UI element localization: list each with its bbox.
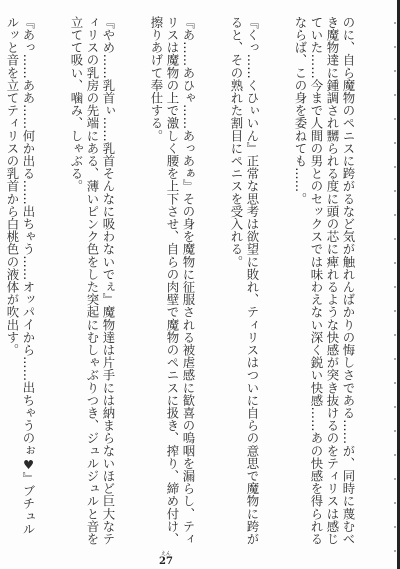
page-number-value: 27 [159,557,173,567]
book-page: のに、自ら魔物のペニスに跨がるなど気が触れんばかりの悔しさである……が、同時に蔑… [0,0,400,569]
paragraph: 『くっ……くひぃいん』正常な思考は欲望に敗れ、ティリスはついに自らの意思で魔物に… [228,16,260,546]
paragraph: 『あっ……ああ……何か出る……出ちゃう……オッパイから……出ちゃうのぉ♥』ブチュ… [4,16,36,546]
vertical-body-text: のに、自ら魔物のペニスに跨がるなど気が触れんばかりの悔しさである……が、同時に蔑… [0,16,388,546]
paragraph: 『やめ……乳首ぃ……乳首そんなに吸わないでぇ』魔物達は片手には納まらないほど巨大… [68,16,116,546]
paragraph: 『あ……あひゃ……あっあぁ』その身を魔物に征服される被虐感に歓喜の嗚咽を漏らし、… [148,16,196,546]
page-binding-marks [394,0,396,569]
paragraph: のに、自ら魔物のペニスに跨がるなど気が触れんばかりの悔しさである……が、同時に蔑… [292,16,356,546]
page-number: えん 27 [159,551,173,567]
